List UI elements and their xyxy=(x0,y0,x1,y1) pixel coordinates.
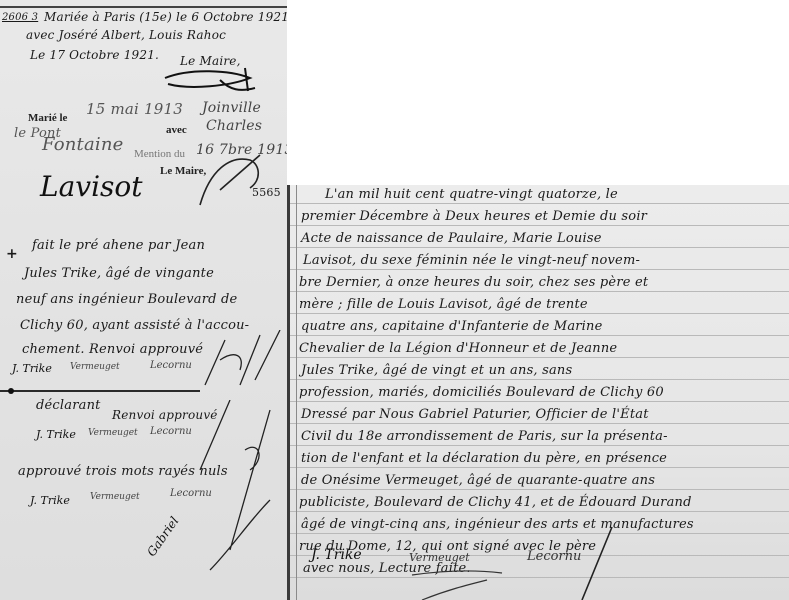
ruled-line xyxy=(287,467,789,468)
annotation-2-signature-2: Vermeuget xyxy=(88,428,138,438)
body-line-8: Chevalier de la Légion d'Honneur et de J… xyxy=(299,341,617,356)
annotation-1-line-1: fait le pré ahene par Jean xyxy=(32,238,205,253)
ruled-line xyxy=(287,313,789,314)
body-line-7: quatre ans, capitaine d'Infanterie de Ma… xyxy=(301,319,603,334)
body-paraph-icon xyxy=(567,525,627,600)
body-line-11: Dressé par Nous Gabriel Paturier, Offici… xyxy=(301,407,649,422)
annotation-2b-signature-2: Vermeuget xyxy=(90,492,140,502)
body-line-2: premier Décembre à Deux heures et Demie … xyxy=(301,209,647,224)
ruled-line xyxy=(287,379,789,380)
annotation-2b-signature-1: J. Trike xyxy=(30,494,70,507)
ruled-line xyxy=(287,445,789,446)
birth-record-body: L'an mil huit cent quatre-vingt quatorze… xyxy=(287,185,789,600)
body-line-4: Lavisot, du sexe féminin née le vingt-ne… xyxy=(303,253,640,268)
annotation-1-paraph-icon xyxy=(200,330,285,390)
body-signature-vermeuget: Vermeuget xyxy=(409,551,470,564)
official-signature-flourish-icon xyxy=(190,150,270,210)
annotation-2-signature-1: J. Trike xyxy=(36,428,76,441)
declarant-label: déclarant xyxy=(36,398,101,413)
ruled-line xyxy=(287,335,789,336)
ruled-line xyxy=(287,401,789,402)
body-line-14: de Onésime Vermeuget, âgé de quarante-qu… xyxy=(301,473,655,488)
margin-divider-dot xyxy=(8,388,14,394)
body-line-12: Civil du 18e arrondissement de Paris, su… xyxy=(301,429,668,444)
annotation-1-line-2: Jules Trike, âgé de vingante xyxy=(24,266,214,281)
body-line-16: âgé de vingt-cinq ans, ingénieur des art… xyxy=(301,517,694,532)
printed-mention-label: Mention du xyxy=(134,148,185,160)
printed-with-label: avec xyxy=(166,124,187,136)
body-line-6: mère ; fille de Louis Lavisot, âgé de tr… xyxy=(299,297,588,312)
record-number: 2606 3 xyxy=(2,12,38,23)
ruled-line xyxy=(287,511,789,512)
ruled-line xyxy=(287,291,789,292)
body-line-13: tion de l'enfant et la déclaration du pè… xyxy=(301,451,667,466)
marriage-date: 15 mai 1913 xyxy=(86,100,183,118)
body-line-5: bre Dernier, à onze heures du soir, chez… xyxy=(299,275,648,290)
blank-area xyxy=(287,0,789,185)
annotation-1-line-5: chement. Renvoi approuvé xyxy=(22,342,203,357)
spouse-name-2: Fontaine xyxy=(42,134,124,155)
ruled-line xyxy=(287,247,789,248)
spouse-name-1: Charles xyxy=(206,118,262,134)
body-line-9: Jules Trike, âgé de vingt et un ans, san… xyxy=(301,363,572,378)
lavisot-signature: Lavisot xyxy=(40,170,143,203)
ref-number: 5565 xyxy=(252,186,281,199)
margin-column: 2606 3 Mariée à Paris (15e) le 6 Octobre… xyxy=(0,0,287,600)
printed-married-label: Marié le xyxy=(28,112,67,124)
annotation-1-signature-3: Lecornu xyxy=(150,360,192,371)
ruled-line xyxy=(287,423,789,424)
ruled-line xyxy=(287,577,789,578)
body-flourish-icon xyxy=(407,565,507,600)
body-line-3: Acte de naissance de Paulaire, Marie Lou… xyxy=(301,231,602,246)
marriage-line-2: avec Joséré Albert, Louis Rahoc xyxy=(26,28,226,42)
body-signature-trike: J. Trike xyxy=(311,547,362,563)
mayor-signature-flourish-icon xyxy=(160,66,270,96)
marriage-line-1: Mariée à Paris (15e) le 6 Octobre 1921 xyxy=(44,10,287,24)
ruled-line xyxy=(287,357,789,358)
ruled-line xyxy=(287,489,789,490)
body-margin-rule xyxy=(296,185,297,600)
marriage-line-3: Le 17 Octobre 1921. xyxy=(30,48,159,62)
cross-mark: + xyxy=(6,246,18,262)
body-line-1: L'an mil huit cent quatre-vingt quatorze… xyxy=(325,187,618,202)
body-line-10: profession, mariés, domiciliés Boulevard… xyxy=(299,385,664,400)
registry-page-scan: 2606 3 Mariée à Paris (15e) le 6 Octobre… xyxy=(0,0,789,600)
annotation-1-signature-1: J. Trike xyxy=(12,362,52,375)
ruled-line xyxy=(287,269,789,270)
marriage-place-1: Joinville xyxy=(202,100,261,116)
ruled-line xyxy=(287,533,789,534)
margin-divider xyxy=(0,390,200,392)
column-divider xyxy=(287,185,290,600)
ruled-line xyxy=(287,203,789,204)
body-line-15: publiciste, Boulevard de Clichy 41, et d… xyxy=(299,495,692,510)
annotation-1-line-3: neuf ans ingénieur Boulevard de xyxy=(16,292,237,307)
annotation-2-paraph-icon xyxy=(170,400,280,580)
annotation-1-signature-2: Vermeuget xyxy=(70,362,120,372)
ruled-line xyxy=(287,225,789,226)
top-rule xyxy=(0,6,287,8)
